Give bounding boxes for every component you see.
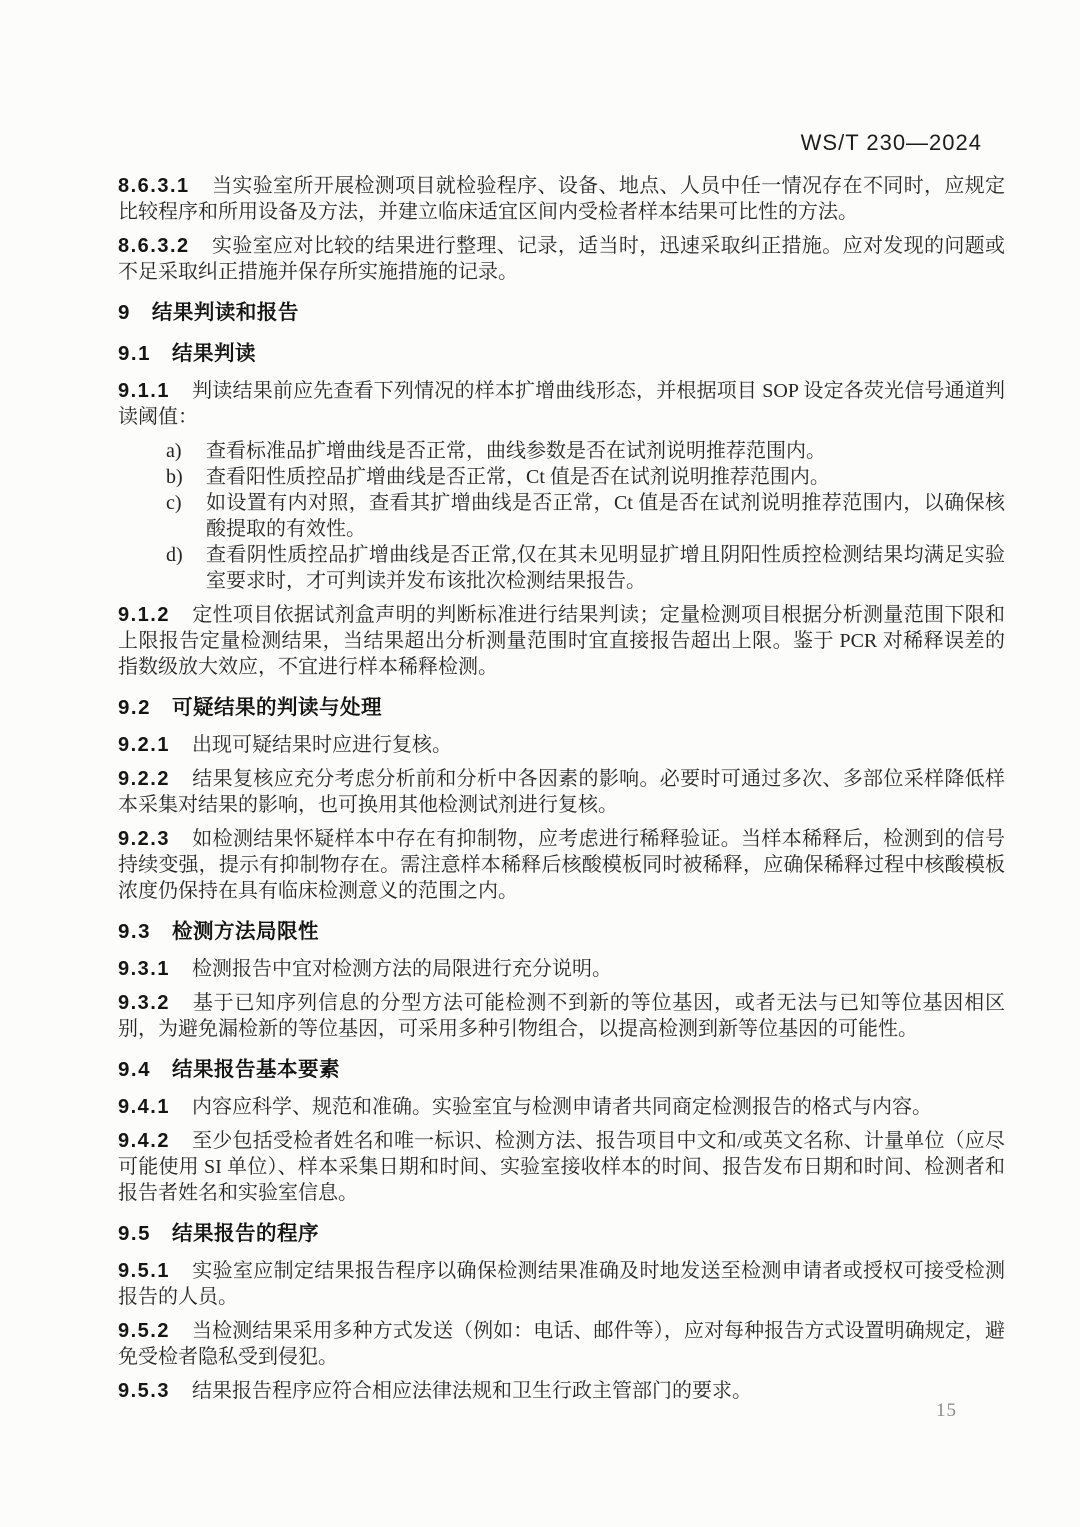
clause-9-5-1: 9.5.1实验室应制定结果报告程序以确保检测结果准确及时地发送至检测申请者或授权… bbox=[118, 1258, 1005, 1310]
list-item-text: 如设置有内对照，查看其扩增曲线是否正常，Ct 值是否在试剂说明推荐范围内，以确保… bbox=[206, 492, 1005, 540]
clause-text: 检测报告中宜对检测方法的局限进行充分说明。 bbox=[192, 958, 612, 980]
list-item-text: 查看标准品扩增曲线是否正常，曲线参数是否在试剂说明推荐范围内。 bbox=[206, 440, 826, 462]
clause-number: 9.3.1 bbox=[118, 958, 170, 980]
list-item-text: 查看阴性质控品扩增曲线是否正常,仅在其未见明显扩增且阴阳性质控检测结果均满足实验… bbox=[206, 544, 1005, 592]
heading-number: 9.2 bbox=[118, 696, 151, 719]
clause-number: 9.5.2 bbox=[118, 1320, 170, 1342]
heading-title: 检测方法局限性 bbox=[172, 920, 319, 943]
clause-9-2-3: 9.2.3如检测结果怀疑样本中存在有抑制物，应考虑进行稀释验证。当样本稀释后，检… bbox=[118, 826, 1005, 904]
clause-9-5-3: 9.5.3结果报告程序应符合相应法律法规和卫生行政主管部门的要求。 bbox=[118, 1378, 1005, 1404]
clause-text: 结果复核应充分考虑分析前和分析中各因素的影响。必要时可通过多次、多部位采样降低样… bbox=[118, 768, 1005, 816]
section-heading-9-3: 9.3检测方法局限性 bbox=[118, 919, 1005, 945]
heading-title: 结果判读和报告 bbox=[152, 301, 299, 324]
clause-number: 9.2.3 bbox=[118, 828, 170, 850]
heading-number: 9.3 bbox=[118, 920, 151, 943]
list-item-text: 查看阳性质控品扩增曲线是否正常，Ct 值是否在试剂说明推荐范围内。 bbox=[206, 466, 830, 488]
clause-8-6-3-1: 8.6.3.1当实验室所开展检测项目就检验程序、设备、地点、人员中任一情况存在不… bbox=[118, 173, 1005, 225]
list-item-marker: d) bbox=[166, 542, 183, 568]
clause-text: 如检测结果怀疑样本中存在有抑制物，应考虑进行稀释验证。当样本稀释后，检测到的信号… bbox=[118, 828, 1005, 902]
heading-number: 9.5 bbox=[118, 1222, 151, 1245]
clause-9-4-2: 9.4.2至少包括受检者姓名和唯一标识、检测方法、报告项目中文和/或英文名称、计… bbox=[118, 1128, 1005, 1206]
clause-number: 9.5.3 bbox=[118, 1380, 170, 1402]
chapter-heading-9: 9结果判读和报告 bbox=[118, 300, 1005, 326]
clause-text: 内容应科学、规范和准确。实验室宜与检测申请者共同商定检测报告的格式与内容。 bbox=[192, 1096, 932, 1118]
document-content: 8.6.3.1当实验室所开展检测项目就检验程序、设备、地点、人员中任一情况存在不… bbox=[118, 165, 1005, 1412]
clause-text: 判读结果前应先查看下列情况的样本扩增曲线形态，并根据项目 SOP 设定各荧光信号… bbox=[118, 380, 1005, 428]
document-page: WS/T 230—2024 8.6.3.1当实验室所开展检测项目就检验程序、设备… bbox=[0, 0, 1080, 1527]
clause-text: 基于已知序列信息的分型方法可能检测不到新的等位基因，或者无法与已知等位基因相区别… bbox=[118, 992, 1005, 1040]
clause-number: 9.1.1 bbox=[118, 380, 170, 402]
clause-text: 至少包括受检者姓名和唯一标识、检测方法、报告项目中文和/或英文名称、计量单位（应… bbox=[118, 1130, 1005, 1204]
clause-number: 9.2.2 bbox=[118, 768, 170, 790]
ordered-letter-list: a)查看标准品扩增曲线是否正常，曲线参数是否在试剂说明推荐范围内。 b)查看阳性… bbox=[118, 438, 1005, 594]
clause-number: 8.6.3.1 bbox=[118, 175, 190, 197]
clause-number: 9.1.2 bbox=[118, 604, 170, 626]
clause-9-4-1: 9.4.1内容应科学、规范和准确。实验室宜与检测申请者共同商定检测报告的格式与内… bbox=[118, 1094, 1005, 1120]
page-number: 15 bbox=[936, 1400, 957, 1422]
clause-9-5-2: 9.5.2当检测结果采用多种方式发送（例如：电话、邮件等），应对每种报告方式设置… bbox=[118, 1318, 1005, 1370]
clause-9-3-1: 9.3.1检测报告中宜对检测方法的局限进行充分说明。 bbox=[118, 956, 1005, 982]
heading-number: 9.1 bbox=[118, 342, 151, 365]
standard-number-header: WS/T 230—2024 bbox=[801, 130, 982, 156]
clause-number: 9.3.2 bbox=[118, 992, 170, 1014]
section-heading-9-2: 9.2可疑结果的判读与处理 bbox=[118, 695, 1005, 721]
heading-title: 结果报告的程序 bbox=[172, 1222, 319, 1245]
clause-text: 实验室应对比较的结果进行整理、记录，适当时，迅速采取纠正措施。应对发现的问题或不… bbox=[118, 235, 1005, 283]
clause-number: 9.4.1 bbox=[118, 1096, 170, 1118]
clause-8-6-3-2: 8.6.3.2实验室应对比较的结果进行整理、记录，适当时，迅速采取纠正措施。应对… bbox=[118, 233, 1005, 285]
heading-number: 9.4 bbox=[118, 1058, 151, 1081]
clause-9-3-2: 9.3.2基于已知序列信息的分型方法可能检测不到新的等位基因，或者无法与已知等位… bbox=[118, 990, 1005, 1042]
section-heading-9-4: 9.4结果报告基本要素 bbox=[118, 1057, 1005, 1083]
clause-9-2-2: 9.2.2结果复核应充分考虑分析前和分析中各因素的影响。必要时可通过多次、多部位… bbox=[118, 766, 1005, 818]
clause-text: 结果报告程序应符合相应法律法规和卫生行政主管部门的要求。 bbox=[192, 1380, 752, 1402]
clause-9-1-1: 9.1.1判读结果前应先查看下列情况的样本扩增曲线形态，并根据项目 SOP 设定… bbox=[118, 378, 1005, 430]
clause-text: 当实验室所开展检测项目就检验程序、设备、地点、人员中任一情况存在不同时，应规定比… bbox=[118, 175, 1005, 223]
clause-number: 9.4.2 bbox=[118, 1130, 170, 1152]
list-item-d: d)查看阴性质控品扩增曲线是否正常,仅在其未见明显扩增且阴阳性质控检测结果均满足… bbox=[118, 542, 1005, 594]
list-item-a: a)查看标准品扩增曲线是否正常，曲线参数是否在试剂说明推荐范围内。 bbox=[118, 438, 1005, 464]
clause-text: 当检测结果采用多种方式发送（例如：电话、邮件等），应对每种报告方式设置明确规定，… bbox=[118, 1320, 1005, 1368]
heading-number: 9 bbox=[118, 301, 131, 324]
clause-number: 8.6.3.2 bbox=[118, 235, 190, 257]
heading-title: 结果报告基本要素 bbox=[172, 1058, 340, 1081]
list-item-marker: c) bbox=[166, 490, 182, 516]
clause-text: 定性项目依据试剂盒声明的判断标准进行结果判读；定量检测项目根据分析测量范围下限和… bbox=[118, 604, 1005, 678]
heading-title: 结果判读 bbox=[172, 342, 256, 365]
clause-number: 9.5.1 bbox=[118, 1260, 170, 1282]
clause-number: 9.2.1 bbox=[118, 734, 170, 756]
heading-title: 可疑结果的判读与处理 bbox=[172, 696, 382, 719]
clause-9-1-2: 9.1.2定性项目依据试剂盒声明的判断标准进行结果判读；定量检测项目根据分析测量… bbox=[118, 602, 1005, 680]
list-item-marker: b) bbox=[166, 464, 183, 490]
list-item-c: c)如设置有内对照，查看其扩增曲线是否正常，Ct 值是否在试剂说明推荐范围内，以… bbox=[118, 490, 1005, 542]
list-item-marker: a) bbox=[166, 438, 182, 464]
clause-text: 出现可疑结果时应进行复核。 bbox=[192, 734, 452, 756]
section-heading-9-5: 9.5结果报告的程序 bbox=[118, 1221, 1005, 1247]
clause-text: 实验室应制定结果报告程序以确保检测结果准确及时地发送至检测申请者或授权可接受检测… bbox=[118, 1260, 1005, 1308]
clause-9-2-1: 9.2.1出现可疑结果时应进行复核。 bbox=[118, 732, 1005, 758]
list-item-b: b)查看阳性质控品扩增曲线是否正常，Ct 值是否在试剂说明推荐范围内。 bbox=[118, 464, 1005, 490]
section-heading-9-1: 9.1结果判读 bbox=[118, 341, 1005, 367]
